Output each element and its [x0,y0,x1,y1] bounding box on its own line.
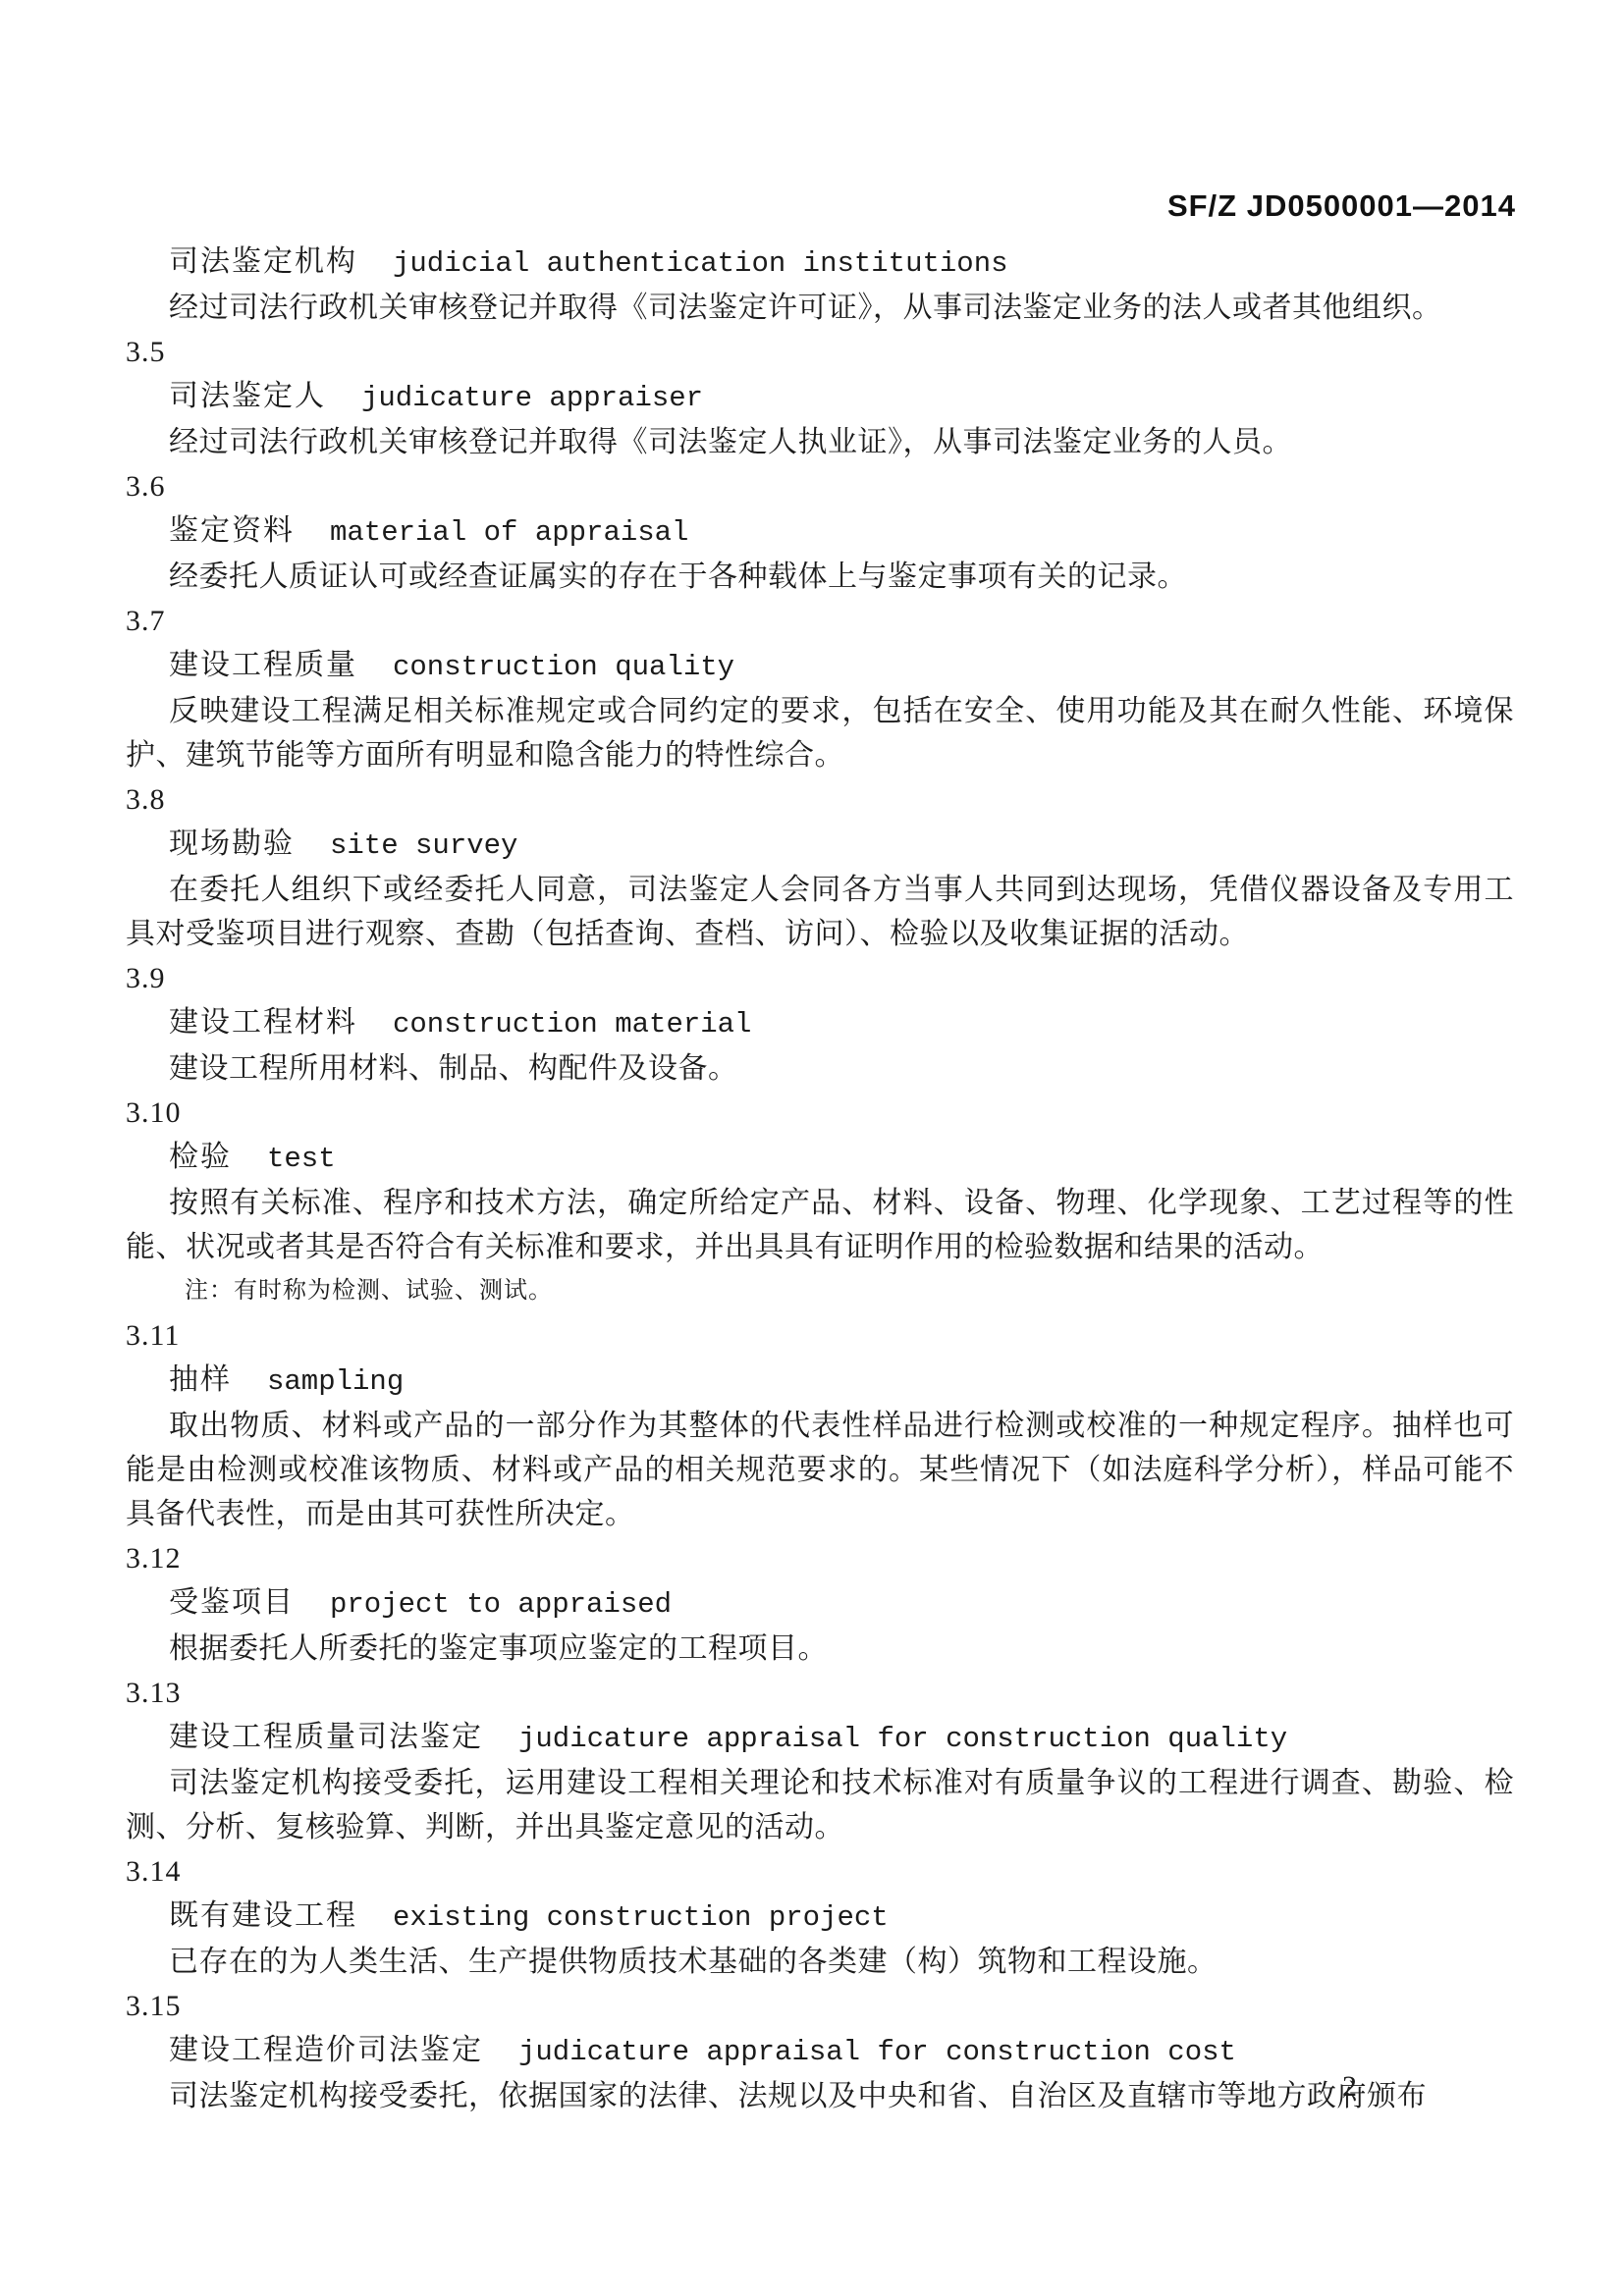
page-number: 2 [1342,2070,1357,2103]
term-line: 检验test [126,1135,1514,1181]
term-chinese: 鉴定资料 [169,514,295,547]
term-english: existing construction project [393,1901,889,1934]
term-line: 鉴定资料material of appraisal [126,508,1514,555]
clause-number: 3.7 [126,599,1514,643]
term-english: construction quality [393,651,734,683]
definition-paragraph: 建设工程所用材料、制品、构配件及设备。 [126,1046,1514,1091]
definition-paragraph: 司法鉴定机构接受委托，运用建设工程相关理论和技术标准对有质量争议的工程进行调查、… [126,1761,1514,1849]
definition-paragraph: 在委托人组织下或经委托人同意，司法鉴定人会同各方当事人共同到达现场，凭借仪器设备… [126,868,1514,956]
term-line: 建设工程材料construction material [126,1000,1514,1046]
term-english: judicature appraisal for construction qu… [518,1723,1287,1755]
term-english: judicature appraiser [361,382,703,414]
term-chinese: 现场勘验 [169,828,295,860]
term-line: 建设工程质量司法鉴定judicature appraisal for const… [126,1715,1514,1761]
clause-number: 3.10 [126,1091,1514,1135]
term-chinese: 抽样 [169,1363,232,1396]
definition-paragraph: 经过司法行政机关审核登记并取得《司法鉴定许可证》，从事司法鉴定业务的法人或者其他… [126,286,1514,330]
page-footer: 2 [1342,2070,1357,2104]
term-chinese: 建设工程材料 [169,1006,357,1039]
term-english: sampling [267,1365,404,1398]
definition-paragraph: 按照有关标准、程序和技术方法，确定所给定产品、材料、设备、物理、化学现象、工艺过… [126,1181,1514,1269]
term-chinese: 建设工程造价司法鉴定 [169,2034,483,2066]
document-page: SF/Z JD0500001—2014 司法鉴定机构judicial authe… [0,0,1624,2296]
definition-paragraph: 根据委托人所委托的鉴定事项应鉴定的工程项目。 [126,1627,1514,1671]
term-english: project to appraised [330,1588,672,1621]
term-line: 建设工程造价司法鉴定judicature appraisal for const… [126,2028,1514,2074]
term-chinese: 建设工程质量司法鉴定 [169,1721,483,1753]
term-english: judicature appraisal for construction co… [518,2036,1236,2068]
definition-paragraph: 经过司法行政机关审核登记并取得《司法鉴定人执业证》，从事司法鉴定业务的人员。 [126,420,1514,464]
definition-paragraph: 取出物质、材料或产品的一部分作为其整体的代表性样品进行检测或校准的一种规定程序。… [126,1404,1514,1536]
clause-number: 3.15 [126,1984,1514,2028]
term-chinese: 受鉴项目 [169,1586,295,1619]
term-english: judicial authentication institutions [393,247,1008,280]
clause-number: 3.12 [126,1536,1514,1580]
clause-number: 3.5 [126,330,1514,374]
term-line: 受鉴项目project to appraised [126,1580,1514,1627]
clause-number: 3.14 [126,1849,1514,1894]
term-line: 抽样sampling [126,1358,1514,1404]
term-english: site survey [330,829,517,862]
clause-note: 注：有时称为检测、试验、测试。 [126,1269,1514,1313]
term-english: material of appraisal [330,516,688,549]
definition-paragraph: 反映建设工程满足相关标准规定或合同约定的要求，包括在安全、使用功能及其在耐久性能… [126,689,1514,777]
definition-paragraph: 已存在的为人类生活、生产提供物质技术基础的各类建（构）筑物和工程设施。 [126,1940,1514,1984]
document-body: 司法鉴定机构judicial authentication institutio… [126,240,1514,2118]
term-chinese: 既有建设工程 [169,1899,357,1932]
clause-number: 3.8 [126,777,1514,822]
term-line: 司法鉴定人judicature appraiser [126,374,1514,420]
term-chinese: 司法鉴定人 [169,380,326,412]
standard-code: SF/Z JD0500001—2014 [1167,188,1516,223]
term-line: 司法鉴定机构judicial authentication institutio… [126,240,1514,286]
definition-paragraph: 司法鉴定机构接受委托，依据国家的法律、法规以及中央和省、自治区及直辖市等地方政府… [126,2074,1514,2118]
term-chinese: 建设工程质量 [169,649,357,681]
term-english: test [267,1143,336,1175]
term-line: 现场勘验site survey [126,822,1514,868]
page-header: SF/Z JD0500001—2014 [126,188,1516,224]
clause-number: 3.13 [126,1671,1514,1715]
clause-number: 3.11 [126,1313,1514,1358]
terms-and-definitions-list: 司法鉴定机构judicial authentication institutio… [126,240,1514,2118]
term-chinese: 司法鉴定机构 [169,245,357,278]
term-line: 建设工程质量construction quality [126,643,1514,689]
clause-number: 3.9 [126,956,1514,1000]
term-english: construction material [393,1008,751,1041]
clause-number: 3.6 [126,464,1514,508]
term-line: 既有建设工程existing construction project [126,1894,1514,1940]
definition-paragraph: 经委托人质证认可或经查证属实的存在于各种载体上与鉴定事项有关的记录。 [126,555,1514,599]
term-chinese: 检验 [169,1141,232,1173]
